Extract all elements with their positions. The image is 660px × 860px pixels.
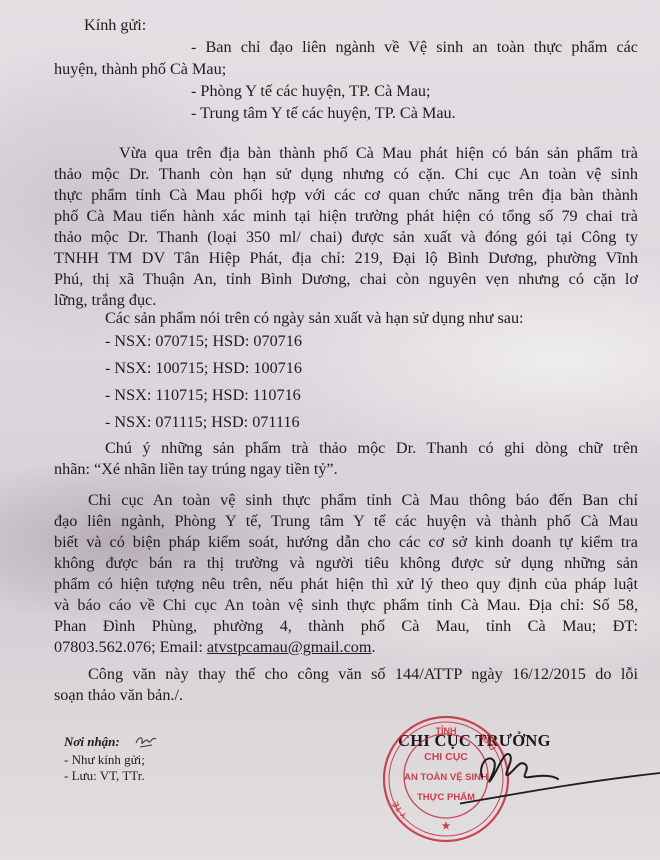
para4-line: đạo liên ngành, Phòng Y tế, Trung tâm Y …: [54, 511, 638, 531]
para4-line: không được bán ra thị trường và người ti…: [54, 553, 638, 573]
para4-line: phẩm có hiện tượng nêu trên, nếu phát hi…: [54, 574, 638, 594]
para1-line: thảo mộc Dr. Thanh còn hạn sử dụng nhưng…: [54, 164, 638, 184]
para1-line: Phú, thị xã Thuận An, tỉnh Bình Dương, c…: [54, 269, 638, 289]
email-link[interactable]: atvstpcamau@gmail.com: [207, 638, 372, 656]
para4-line: và báo cáo về Chi cục An toàn vệ sinh th…: [54, 595, 638, 615]
para1-line: Vừa qua trên địa bàn thành phố Cà Mau ph…: [119, 143, 638, 163]
batch-item: - NSX: 100715; HSD: 100716: [105, 358, 302, 378]
para4-line: Phan Đình Phùng, phường 4, thành phố Cà …: [54, 616, 638, 636]
batch-item: - NSX: 071115; HSD: 071116: [105, 412, 300, 432]
svg-text:★: ★: [442, 821, 451, 832]
distribution-item: - Như kính gửi;: [64, 753, 145, 767]
svg-text:TỈNH: TỈNH: [436, 725, 457, 736]
batch-item: - NSX: 070715; HSD: 070716: [105, 331, 302, 351]
recipient-1: - Ban chỉ đạo liên ngành về Vệ sinh an t…: [191, 37, 638, 57]
para4-line: Chi cục An toàn vệ sinh thực phẩm tỉnh C…: [88, 490, 638, 510]
recipient-3: - Trung tâm Y tế các huyện, TP. Cà Mau.: [191, 103, 456, 123]
document-page: Kính gửi: - Ban chỉ đạo liên ngành về Vệ…: [0, 0, 660, 860]
phone-text: 07803.562.076; Email:: [54, 638, 207, 656]
para1-line: thảo mộc Dr. Thanh (loại 350 ml/ chai) đ…: [54, 227, 638, 247]
contact-line: 07803.562.076; Email: atvstpcamau@gmail.…: [54, 637, 376, 657]
para3-line: Chú ý những sản phẩm trà thảo mộc Dr. Th…: [105, 438, 638, 458]
contact-suffix: .: [371, 638, 375, 656]
para1-line: lững, trắng đục.: [54, 290, 156, 310]
batch-item: - NSX: 110715; HSD: 110716: [105, 385, 301, 405]
recipient-1-cont: huyện, thành phố Cà Mau;: [54, 59, 226, 79]
distribution-item: - Lưu: VT, TTr.: [64, 769, 145, 783]
recipients-label: Kính gửi:: [84, 15, 146, 35]
para5-line: soạn thảo văn bản./.: [54, 685, 183, 705]
para1-line: thực phẩm tỉnh Cà Mau phối hợp với các c…: [54, 185, 638, 205]
distribution-label: Nơi nhận:: [64, 735, 120, 749]
para4-line: biết và có biện pháp kiểm soát, hướng dẫ…: [54, 532, 638, 552]
para1-line: phố Cà Mau tiến hành xác minh tại hiện t…: [54, 206, 638, 226]
handwritten-signature-icon: [460, 745, 660, 825]
recipient-2: - Phòng Y tế các huyện, TP. Cà Mau;: [191, 81, 430, 101]
initials-mark-icon: [134, 733, 158, 751]
para5-line: Công văn này thay thế cho công văn số 14…: [88, 664, 638, 684]
para3-line: nhãn: “Xé nhãn liền tay trúng ngay tiền …: [54, 459, 338, 479]
para2: Các sản phẩm nói trên có ngày sản xuất v…: [105, 308, 524, 328]
para1-line: TNHH TM DV Tân Hiệp Phát, địa chỉ: 219, …: [54, 248, 638, 268]
